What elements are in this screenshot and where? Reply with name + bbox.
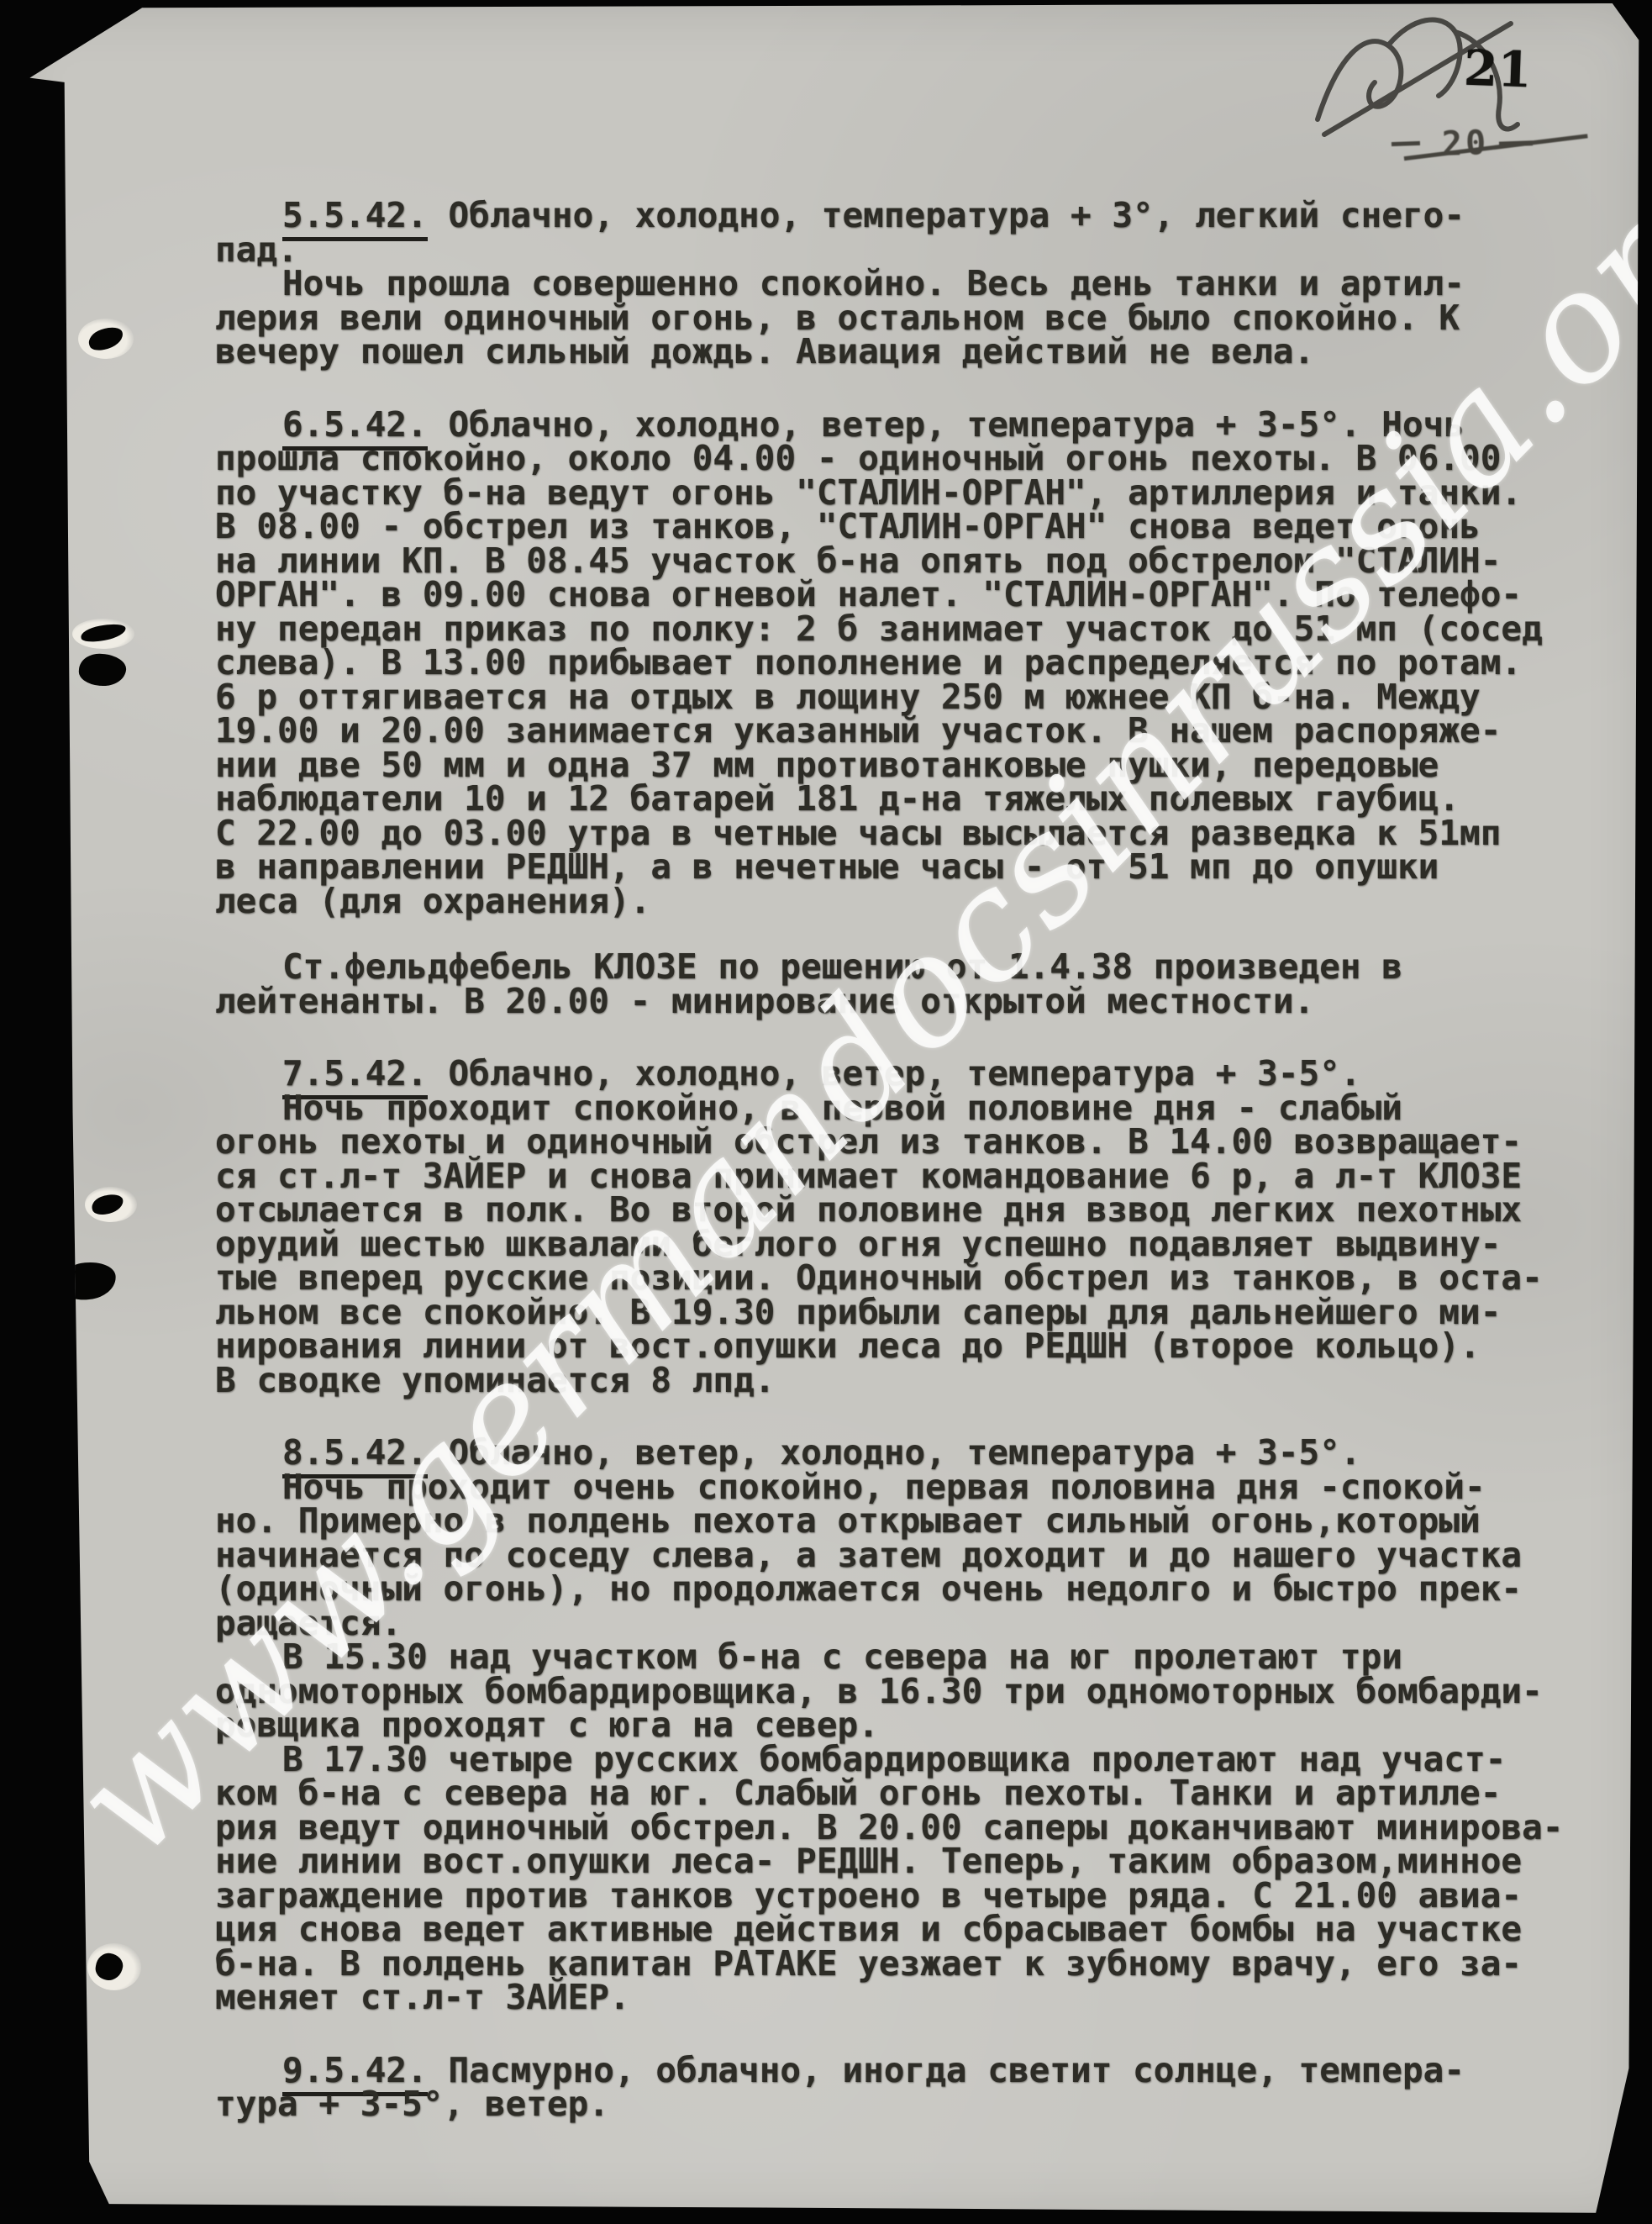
entry-6-5-42: 6.5.42. Облачно, холодно, ветер, темпера… (215, 408, 1602, 1019)
text-line: вечеру пошел сильный дождь. Авиация дейс… (215, 335, 1602, 369)
text-line: 8.5.42. Облачно, ветер, холодно, темпера… (215, 1436, 1602, 1470)
text-line: прошла спокойно, около 04.00 - одиночный… (215, 441, 1602, 476)
text-line: 6.5.42. Облачно, холодно, ветер, темпера… (215, 408, 1602, 442)
diary-text: 5.5.42. Облачно, холодно, температура + … (215, 198, 1602, 2121)
text-line: огонь пехоты и одиночный обстрел из танк… (215, 1125, 1602, 1159)
entry-8-5-42: 8.5.42. Облачно, ветер, холодно, темпера… (215, 1436, 1602, 2015)
text-line: на линии КП. В 08.45 участок б-на опять … (215, 544, 1602, 578)
text-line: В 17.30 четыре русских бомбардировщика п… (215, 1742, 1602, 1777)
text-line: заграждение против танков устроено в чет… (215, 1879, 1602, 1913)
text-line: 9.5.42. Пасмурно, облачно, иногда светит… (215, 2053, 1602, 2088)
text-line: С 22.00 до 03.00 утра в четные часы высы… (215, 816, 1602, 851)
text-line: ращается. (215, 1606, 1602, 1641)
text-line: льном все спокойно. В 19.30 прибыли сапе… (215, 1295, 1602, 1330)
text-line: б-на. В полдень капитан РАТАКЕ уезжает к… (215, 1947, 1602, 1981)
text-line: Ночь прошла совершенно спокойно. Весь де… (215, 266, 1602, 301)
text-line: ровщика проходят с юга на север. (215, 1708, 1602, 1742)
text-line: орудий шестью шквалами беглого огня успе… (215, 1227, 1602, 1262)
text-line: В 15.30 над участком б-на с севера на юг… (215, 1640, 1602, 1674)
crossed-out-page-number: 20 (1441, 124, 1490, 164)
text-line: 6 р оттягивается на отдых в лощину 250 м… (215, 680, 1602, 714)
text-line: лейтенанты. В 20.00 - минирование открыт… (215, 984, 1602, 1019)
hole-blob (59, 1260, 118, 1303)
text-line: нирования линии от вост.опушки леса до Р… (215, 1329, 1602, 1363)
punch-hole (85, 1187, 137, 1222)
punch-hole (74, 651, 131, 689)
text-line: начинается по соседу слева, а затем дохо… (215, 1538, 1602, 1573)
text-line: ком б-на с севера на юг. Слабый огонь пе… (215, 1776, 1602, 1810)
text-line: отсылается в полк. Во второй половине дн… (215, 1193, 1602, 1227)
text-line: нии две 50 мм и одна 37 мм противотанков… (215, 748, 1602, 783)
text-line: ся ст.л-т ЗАЙЕР и снова принимает команд… (215, 1159, 1602, 1194)
crossed-number-text: 20 (1441, 124, 1490, 164)
text-line: в направлении РЕДШН, а в нечетные часы -… (215, 850, 1602, 884)
punch-hole (59, 1261, 118, 1301)
text-line: слева). В 13.00 прибывает пополнение и р… (215, 646, 1602, 680)
text-line: Ночь проходит спокойно, в первой половин… (215, 1091, 1602, 1125)
punch-hole (78, 319, 134, 359)
text-line: 7.5.42. Облачно, холодно, ветер, темпера… (215, 1057, 1602, 1091)
text-line: ция снова ведет активные действия и сбра… (215, 1912, 1602, 1947)
text-line: В 08.00 - обстрел из танков, "СТАЛИН-ОРГ… (215, 509, 1602, 544)
text-line: В сводке упоминается 8 лпд. (215, 1363, 1602, 1398)
scan-background: 5.5.42. Облачно, холодно, температура + … (0, 0, 1652, 2224)
text-line: но. Примерно в полдень пехота открывает … (215, 1504, 1602, 1538)
text-line: ние линии вост.опушки леса- РЕДШН. Тепер… (215, 1844, 1602, 1879)
page-number-stamp: 21 (1463, 40, 1533, 99)
text-line: ОРГАН". в 09.00 снова огневой налет. "СТ… (215, 577, 1602, 612)
text-line: (одиночный огонь), но продолжается очень… (215, 1572, 1602, 1606)
text-line: рия ведут одиночный обстрел. В 20.00 сап… (215, 1810, 1602, 1845)
text-line: по участку б-на ведут огонь "СТАЛИН-ОРГА… (215, 476, 1602, 510)
text-line: тые вперед русские позиции. Одиночный об… (215, 1261, 1602, 1295)
text-line: тура + 3-5°, ветер. (215, 2087, 1602, 2121)
entry-9-5-42: 9.5.42. Пасмурно, облачно, иногда светит… (215, 2053, 1602, 2121)
punch-hole (87, 1943, 141, 1990)
entry-7-5-42: 7.5.42. Облачно, холодно, ветер, темпера… (215, 1057, 1602, 1397)
text-line: лерия вели одиночный огонь, в остальном … (215, 301, 1602, 335)
text-line: 19.00 и 20.00 занимается указанный участ… (215, 714, 1602, 748)
punch-hole (72, 619, 134, 649)
entry-5-5-42: 5.5.42. Облачно, холодно, температура + … (215, 198, 1602, 369)
text-line: леса (для охранения). (215, 884, 1602, 919)
text-line: наблюдатели 10 и 12 батарей 181 д-на тяж… (215, 782, 1602, 816)
text-line: Ст.фельдфебель КЛОЗЕ по решению от 1.4.3… (215, 950, 1602, 984)
text-line: меняет ст.л-т ЗАЙЕР. (215, 1980, 1602, 2015)
hole-blob (78, 652, 128, 688)
entry-date: 5.5.42. (282, 195, 428, 241)
text-line: ну передан приказ по полку: 2 б занимает… (215, 612, 1602, 646)
text-line: 5.5.42. Облачно, холодно, температура + … (215, 198, 1602, 233)
text-line: Ночь проходит очень спокойно, первая пол… (215, 1470, 1602, 1505)
text-line: одномоторных бомбардировщика, в 16.30 тр… (215, 1674, 1602, 1709)
document-page: 5.5.42. Облачно, холодно, температура + … (0, 0, 1652, 2224)
